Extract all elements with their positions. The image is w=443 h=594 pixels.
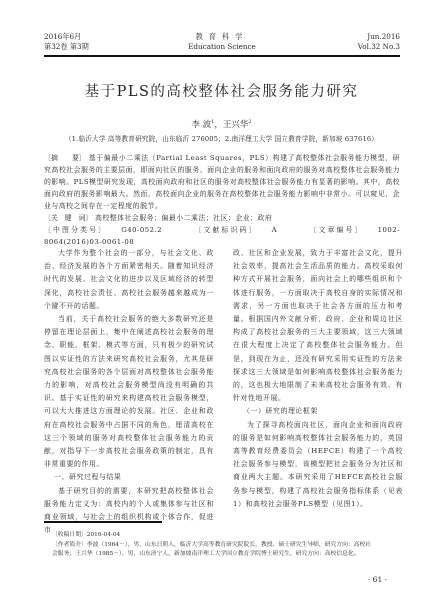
keywords-label: 〔关 键 词〕 xyxy=(44,214,92,222)
abstract-block: 〔摘 要〕 基于偏最小二乘法（Partial Least Squares，PLS… xyxy=(44,152,400,248)
body-paragraph: 政、社区和企业发展，致力于丰富社会文化，提升社会效率，提高社会生活品质的能力。高… xyxy=(233,247,403,405)
page-number: · 61 · xyxy=(368,575,387,584)
body-paragraph: 大学作为整个社会的一部分，与社会文化、政治、经济发展的各个方面紧密相关。随着知识… xyxy=(44,247,214,313)
article-title: 基于PLS的高校整体社会服务能力研究 xyxy=(0,80,443,101)
clc: 〔中图分类号〕G40-052.2 xyxy=(44,226,176,234)
header-volume-en: Vol.32 No.3 xyxy=(358,42,400,52)
doc-code: 〔文献标识码〕A xyxy=(194,226,291,234)
keywords-text: 高校整体社会服务；偏最小二乘法；社区；企业；政府 xyxy=(95,214,272,222)
running-header: 2016年6月 第32卷 第3期 教育科学 Education Science … xyxy=(44,32,400,54)
classification-line: 〔中图分类号〕G40-052.2 〔文献标识码〕A 〔文章编号〕1002-806… xyxy=(44,224,400,248)
author-bio-cont: 会服务；王兴华（1985－），男，山东济宁人，新加坡南洋理工大学国立教育学院博士… xyxy=(52,550,402,560)
doc-code-value: A xyxy=(272,226,277,234)
subsection-heading: （一）研究的理论框架 xyxy=(233,405,403,418)
journal-name-cn: 教育科学 xyxy=(44,32,400,42)
body-column-left: 大学作为整个社会的一部分，与社会文化、政治、经济发展的各个方面紧密相关。随着知识… xyxy=(44,247,214,537)
body-paragraph: 基于研究目的的需要，本研究把高校整体社会服务能力定义为：高校内的个人或集体参与社… xyxy=(44,485,214,538)
section-heading: 一、研究过程与结果 xyxy=(44,471,214,484)
abstract-label: 〔摘 要〕 xyxy=(44,154,86,162)
header-date-en: Jun.2016 xyxy=(358,32,400,42)
abstract-text: 基于偏最小二乘法（Partial Least Squares，PLS）构建了高校… xyxy=(44,154,400,210)
author-name: 王兴华 xyxy=(223,120,249,130)
journal-name-en: Education Science xyxy=(44,42,400,52)
header-center: 教育科学 Education Science xyxy=(44,32,400,52)
body-column-right: 政、社区和企业发展，致力于丰富社会文化，提升社会效率，提高社会生活品质的能力。高… xyxy=(233,247,403,511)
footnote-rule xyxy=(44,521,162,523)
clc-value: G40-052.2 xyxy=(121,226,162,234)
keywords: 〔关 键 词〕 高校整体社会服务；偏最小二乘法；社区；企业；政府 xyxy=(44,212,400,224)
body-paragraph: 为了探寻高校面向社区、面向企业和面向政府的服务是如何影响高校整体社会服务能力的，… xyxy=(233,419,403,511)
body-paragraph: 当前，关于高校社会服务的绝大多数研究还是停留在理论层面上，集中在阐述高校社会服务… xyxy=(44,313,214,471)
bio-label: 〔作者简介〕 xyxy=(52,542,87,548)
header-right: Jun.2016 Vol.32 No.3 xyxy=(358,32,400,52)
author-bio: 〔作者简介〕李波（1964－），男，山东日照人，临沂大学高等教育研究院院长，教授… xyxy=(52,541,402,551)
article-no-label: 〔文章编号〕 xyxy=(309,226,363,234)
bio-line: 李波（1964－），男，山东日照人，临沂大学高等教育研究院院长，教授，硕士研究生… xyxy=(87,542,371,548)
abstract: 〔摘 要〕 基于偏最小二乘法（Partial Least Squares，PLS… xyxy=(44,152,400,212)
affiliation: （1.临沂大学 高等教育研究院，山东临沂 276005；2.南洋理工大学 国立教… xyxy=(0,133,443,143)
clc-label: 〔中图分类号〕 xyxy=(44,226,107,234)
header-rule xyxy=(44,55,400,57)
author-separator: ， xyxy=(214,120,223,130)
received-label: 〔收稿日期〕 xyxy=(52,532,87,538)
received-value: 2016-04-04 xyxy=(87,532,120,538)
received-date: 〔收稿日期〕2016-04-04 xyxy=(52,531,402,541)
footnotes: 〔收稿日期〕2016-04-04 〔作者简介〕李波（1964－），男，山东日照人… xyxy=(52,531,402,560)
author-line: 李 波1，王兴华2 xyxy=(0,118,443,130)
doc-code-label: 〔文献标识码〕 xyxy=(194,226,257,234)
author-name: 李 波 xyxy=(191,120,211,130)
author-affil-mark: 2 xyxy=(248,119,251,125)
